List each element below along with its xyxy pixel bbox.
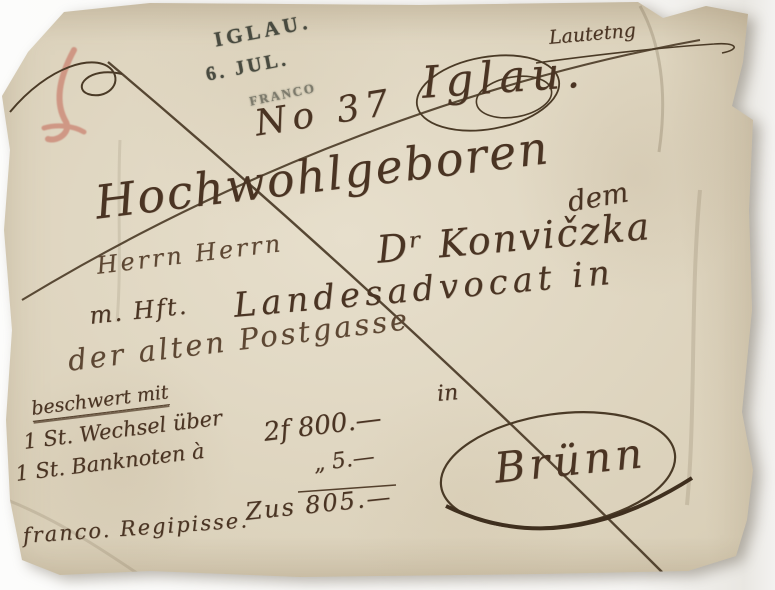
- address-line1: Hochwohlgeboren: [92, 120, 552, 229]
- endorsement-item-amount: 2f 800.—: [262, 404, 383, 448]
- envelope-shadow: IGLAU. 6. JUL. FRANCO Lautetng No 37 Igl…: [0, 0, 775, 590]
- address-line3a: m. Hft.: [88, 292, 189, 330]
- flourish-paraph: [10, 62, 122, 112]
- scanned-cover: IGLAU. 6. JUL. FRANCO Lautetng No 37 Igl…: [0, 0, 775, 590]
- destination-oval-heavy: [446, 478, 692, 528]
- destination-name: Brünn: [492, 428, 648, 493]
- endorsement-total: Zus 805.—: [244, 483, 394, 526]
- red-crayon-mark: [44, 50, 84, 140]
- address-line5: in: [436, 380, 459, 407]
- endorsement-item-amount: „ 5.—: [312, 445, 376, 477]
- address-line2a: Herrn Herrn: [95, 229, 285, 280]
- crease-line: [117, 140, 120, 322]
- envelope: IGLAU. 6. JUL. FRANCO Lautetng No 37 Igl…: [0, 0, 775, 590]
- origin-note: Iglau.: [420, 47, 587, 109]
- postmark-town: IGLAU.: [212, 9, 313, 52]
- crease-line: [640, 6, 663, 152]
- endorsement-note: franco. Regipisse.: [22, 508, 250, 548]
- routing-note: Lautetng: [548, 19, 637, 49]
- postmark-date: 6. JUL.: [204, 48, 291, 87]
- crease-line: [687, 190, 700, 505]
